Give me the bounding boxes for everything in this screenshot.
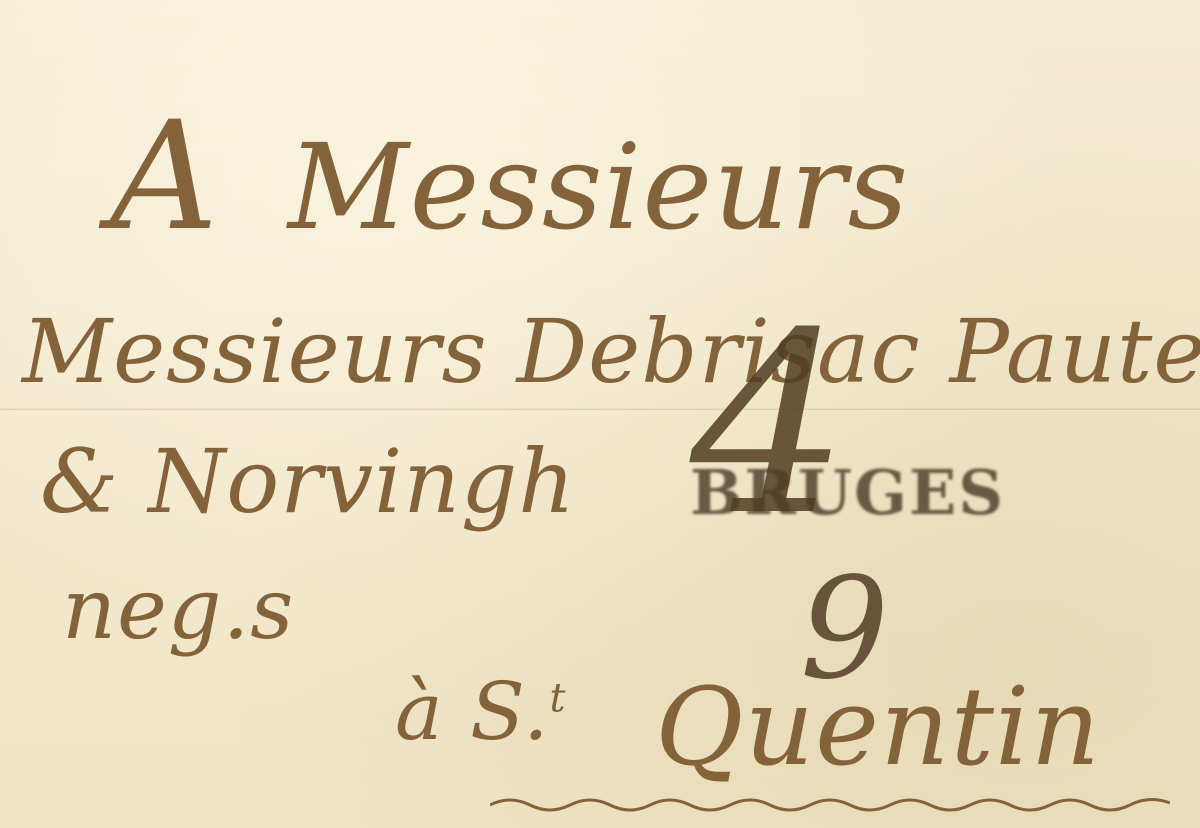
wavy-underline-flourish (490, 795, 1170, 815)
manuscript-rate-bottom: 9 (800, 560, 889, 700)
fold-crease (0, 408, 1200, 411)
address-prefix-superscript: t (550, 675, 567, 721)
address-line-2-recipient: Messieurs Debrisac Pautet (22, 300, 1200, 403)
address-line-3-partner: & Norvingh (40, 430, 576, 533)
address-prefix-a: A (110, 90, 219, 264)
address-line-1: A Messieurs (110, 90, 909, 264)
address-prefix-text: à S. (395, 665, 550, 758)
address-salutation: Messieurs (288, 118, 909, 256)
manuscript-rate-top: 4 (690, 300, 849, 550)
address-line-4-negociants: neg.s (62, 560, 294, 658)
address-line-5-prefix: à S.t (395, 665, 567, 758)
